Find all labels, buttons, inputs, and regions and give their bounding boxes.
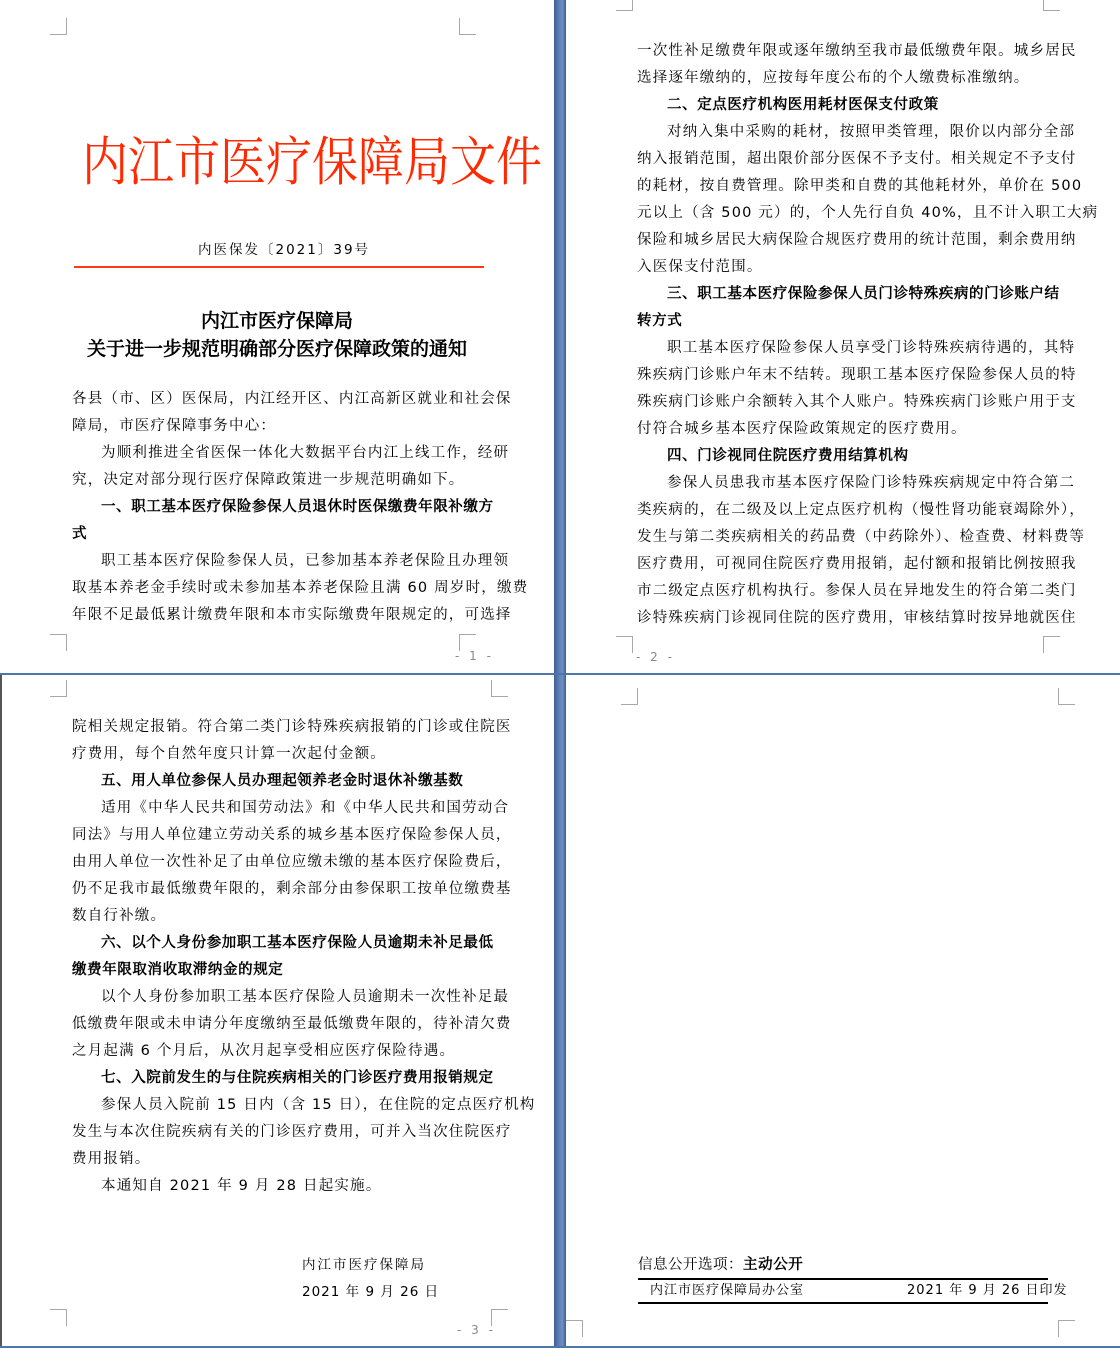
red-rule-divider: [74, 266, 484, 268]
section-heading-1-cont: 式: [72, 525, 87, 543]
notice-title-line1: 内江市医疗保障局: [0, 306, 554, 333]
disclosure-value: 主动公开: [743, 1257, 803, 1273]
issuer-office: 内江市医疗保障局办公室: [650, 1282, 804, 1300]
section-heading-4: 四、门诊视同住院医疗费用结算机构: [667, 447, 909, 465]
body-line: 由用人单位一次性补足了由单位应缴未缴的基本医疗保险费后，: [72, 853, 512, 871]
body-line: 以个人身份参加职工基本医疗保险人员逾期未一次性补足最: [101, 988, 509, 1006]
body-line: 的耗材，按自费管理。除甲类和自费的其他耗材外，单价在 500: [637, 177, 1082, 195]
margin-corner-mark: [566, 1320, 583, 1337]
notice-title-line2: 关于进一步规范明确部分医疗保障政策的通知: [0, 334, 554, 361]
body-line: 费用报销。: [72, 1150, 151, 1168]
disclosure-option: 信息公开选项：主动公开: [638, 1256, 803, 1274]
issue-date: 2021 年 9 月 26 日印发: [907, 1282, 1068, 1300]
body-line: 数自行补缴。: [72, 907, 166, 925]
margin-corner-mark: [616, 0, 633, 11]
section-heading-1: 一、职工基本医疗保险参保人员退休时医保缴费年限补缴方: [101, 498, 494, 516]
body-line: 仍不足我市最低缴费年限的，剩余部分由参保职工按单位缴费基: [72, 880, 512, 898]
body-line: 一次性补足缴费年限或逐年缴纳至我市最低缴费年限。城乡居民: [637, 42, 1077, 60]
issuer-rule-top: [638, 1278, 1048, 1280]
margin-corner-mark: [1058, 1320, 1075, 1337]
section-heading-7: 七、入院前发生的与住院疾病相关的门诊医疗费用报销规定: [101, 1069, 494, 1087]
effective-date-line: 本通知自 2021 年 9 月 28 日起实施。: [101, 1177, 382, 1195]
body-line: 取基本养老金手续时或未参加基本养老保险且满 60 周岁时，缴费: [72, 579, 528, 597]
body-line: 同法》与用人单位建立劳动关系的城乡基本医疗保险参保人员，: [72, 826, 512, 844]
red-header-title: 内江市医疗保障局文件: [82, 120, 542, 196]
margin-corner-mark: [50, 680, 67, 697]
body-line: 各县（市、区）医保局，内江经开区、内江高新区就业和社会保: [72, 390, 512, 408]
section-heading-6: 六、以个人身份参加职工基本医疗保险人员逾期未补足最低: [101, 934, 494, 952]
body-line: 诊特殊疾病门诊视同住院的医疗费用，审核结算时按异地就医住: [637, 609, 1077, 627]
body-line: 类疾病的，在二级及以上定点医疗机构（慢性肾功能衰竭除外），: [637, 501, 1085, 519]
body-line: 元以上（含 500 元）的，个人先行自负 40%，且不计入职工大病: [637, 204, 1098, 222]
body-line: 院相关规定报销。符合第二类门诊特殊疾病报销的门诊或住院医: [72, 718, 512, 736]
body-line: 职工基本医疗保险参保人员，已参加基本养老保险且办理领: [101, 552, 509, 570]
body-line: 对纳入集中采购的耗材，按照甲类管理，限价以内部分全部: [667, 123, 1075, 141]
margin-corner-mark: [621, 688, 638, 705]
section-heading-2: 二、定点医疗机构医用耗材医保支付政策: [667, 96, 939, 114]
body-line: 参保人员患我市基本医疗保险门诊特殊疾病规定中符合第二: [667, 474, 1075, 492]
page-number: - 2 -: [636, 650, 675, 664]
body-line: 低缴费年限或未申请分年度缴纳至最低缴费年限的，待补清欠费: [72, 1015, 512, 1033]
body-line: 究，决定对部分现行医疗保障政策进一步规范明确如下。: [72, 471, 465, 489]
margin-corner-mark: [1043, 636, 1060, 653]
page-number: - 1 -: [455, 649, 494, 663]
body-line: 选择逐年缴纳的，应按每年度公布的个人缴费标准缴纳。: [637, 69, 1030, 87]
margin-corner-mark: [459, 18, 476, 35]
body-line: 市二级定点医疗机构执行。参保人员在异地发生的符合第二类门: [637, 582, 1077, 600]
page-left-edge: [0, 675, 2, 1348]
body-line: 殊疾病门诊账户余额转入其个人账户。特殊疾病门诊账户用于支: [637, 393, 1077, 411]
section-heading-3-cont: 转方式: [637, 312, 682, 330]
margin-corner-mark: [1043, 0, 1060, 11]
section-heading-3: 三、职工基本医疗保险参保人员门诊特殊疾病的门诊账户结: [667, 285, 1060, 303]
margin-corner-mark: [491, 680, 508, 697]
document-page-3: 院相关规定报销。符合第二类门诊特殊疾病报销的门诊或住院医 疗费用，每个自然年度只…: [0, 675, 554, 1348]
body-line: 纳入报销范围，超出限价部分医保不予支付。相关规定不予支付: [637, 150, 1077, 168]
document-number: 内医保发〔2021〕39号: [198, 238, 370, 258]
signature-date: 2021 年 9 月 26 日: [302, 1283, 439, 1301]
body-line: 发生与第二类疾病相关的药品费（中药除外）、检查费、材料费等: [637, 528, 1085, 546]
body-line: 年限不足最低累计缴费年限和本市实际缴费年限规定的，可选择: [72, 606, 512, 624]
body-line: 障局，市医疗保障事务中心：: [72, 417, 276, 435]
body-line: 付符合城乡基本医疗保险政策规定的医疗费用。: [637, 420, 967, 438]
body-line: 发生与本次住院疾病有关的门诊医疗费用，可并入当次住院医疗: [72, 1123, 512, 1141]
body-line: 参保人员入院前 15 日内（含 15 日），在住院的定点医疗机构: [101, 1096, 536, 1114]
section-heading-6-cont: 缴费年限取消收取滞纳金的规定: [72, 961, 283, 979]
margin-corner-mark: [50, 634, 67, 651]
disclosure-label: 信息公开选项：: [638, 1257, 743, 1273]
section-heading-5: 五、用人单位参保人员办理起领养老金时退休补缴基数: [101, 772, 463, 790]
issuer-rule-bottom: [638, 1302, 1048, 1304]
margin-corner-mark: [616, 636, 633, 653]
body-line: 职工基本医疗保险参保人员享受门诊特殊疾病待遇的，其特: [667, 339, 1075, 357]
document-page-4: 信息公开选项：主动公开 内江市医疗保障局办公室 2021 年 9 月 26 日印…: [566, 675, 1120, 1348]
margin-corner-mark: [1058, 688, 1075, 705]
body-line: 殊疾病门诊账户年末不结转。现职工基本医疗保险参保人员的特: [637, 366, 1077, 384]
signature-organization: 内江市医疗保障局: [302, 1256, 426, 1274]
margin-corner-mark: [50, 18, 67, 35]
document-page-1: 内江市医疗保障局文件 内医保发〔2021〕39号 内江市医疗保障局 关于进一步规…: [0, 0, 554, 673]
body-line: 疗费用，每个自然年度只计算一次起付金额。: [72, 745, 386, 763]
margin-corner-mark: [50, 1309, 67, 1326]
body-line: 保险和城乡居民大病保险合规医疗费用的统计范围，剩余费用纳: [637, 231, 1077, 249]
document-page-2: 一次性补足缴费年限或逐年缴纳至我市最低缴费年限。城乡居民 选择逐年缴纳的，应按每…: [566, 0, 1120, 673]
body-line: 适用《中华人民共和国劳动法》和《中华人民共和国劳动合: [101, 799, 509, 817]
page-number: - 3 -: [457, 1323, 496, 1337]
body-line: 入医保支付范围。: [637, 258, 763, 276]
body-line: 为顺利推进全省医保一体化大数据平台内江上线工作，经研: [101, 444, 509, 462]
body-line: 医疗费用，可视同住院医疗费用报销，起付额和报销比例按照我: [637, 555, 1077, 573]
body-line: 之月起满 6 个月后，从次月起享受相应医疗保险待遇。: [72, 1042, 455, 1060]
